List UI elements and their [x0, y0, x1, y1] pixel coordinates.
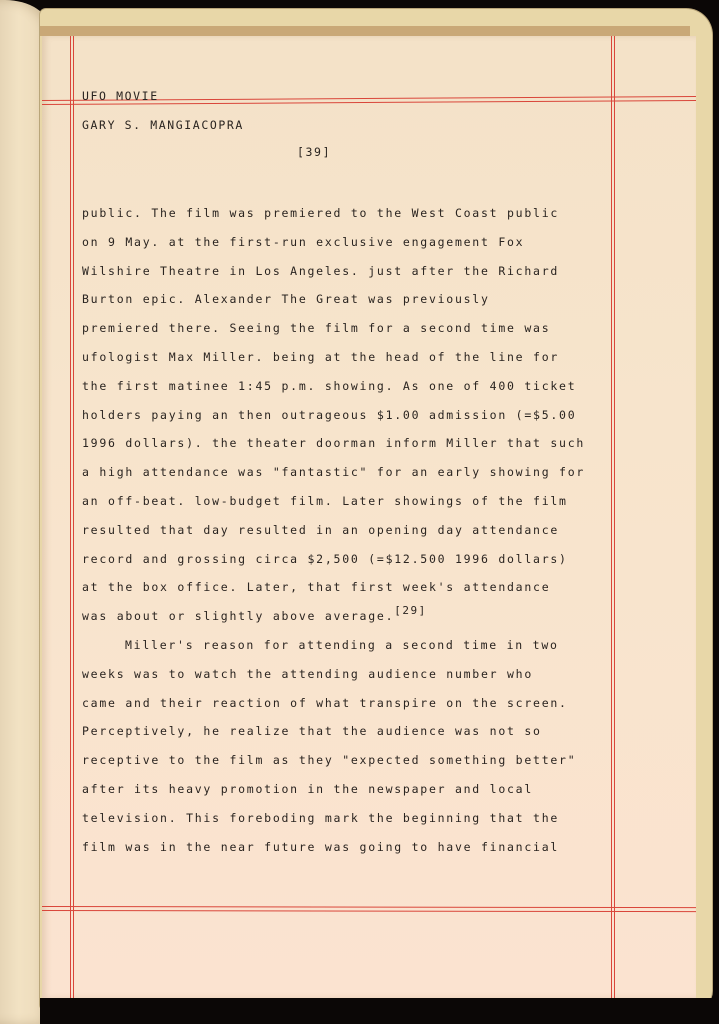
- body-line-with-footnote: was about or slightly above average.[29]: [82, 602, 602, 631]
- body-line: on 9 May. at the first-run exclusive eng…: [82, 228, 602, 257]
- body-line: record and grossing circa $2,500 (=$12.5…: [82, 545, 602, 574]
- body-line: Wilshire Theatre in Los Angeles. just af…: [82, 257, 602, 286]
- running-header-title: UFO MOVIE: [82, 89, 159, 103]
- body-line: television. This foreboding mark the beg…: [82, 804, 602, 833]
- running-header-author: GARY S. MANGIACOPRA: [82, 118, 244, 132]
- body-line: resulted that day resulted in an opening…: [82, 516, 602, 545]
- body-line: a high attendance was "fantastic" for an…: [82, 458, 602, 487]
- body-line: after its heavy promotion in the newspap…: [82, 775, 602, 804]
- body-line-text: was about or slightly above average.: [82, 609, 394, 623]
- body-text: public. The film was premiered to the We…: [82, 199, 602, 861]
- background-shadow: [40, 998, 719, 1024]
- body-line: holders paying an then outrageous $1.00 …: [82, 401, 602, 430]
- page-number: [39]: [297, 145, 331, 159]
- body-line: receptive to the film as they "expected …: [82, 746, 602, 775]
- bottom-margin-rule: [42, 906, 696, 912]
- body-line: Perceptively, he realize that the audien…: [82, 717, 602, 746]
- right-margin-rule: [611, 36, 615, 998]
- document-page: UFO MOVIE GARY S. MANGIACOPRA [39] publi…: [42, 36, 696, 998]
- paragraph-first-line: Miller's reason for attending a second t…: [82, 631, 602, 660]
- body-line: an off-beat. low-budget film. Later show…: [82, 487, 602, 516]
- page-top-edge: [40, 26, 690, 36]
- body-line: film was in the near future was going to…: [82, 833, 602, 862]
- footnote-reference: [29]: [394, 604, 427, 617]
- left-page-show-through-text: [0, 58, 34, 91]
- body-line: the first matinee 1:45 p.m. showing. As …: [82, 372, 602, 401]
- photo-scene: UFO MOVIE GARY S. MANGIACOPRA [39] publi…: [0, 0, 719, 1024]
- body-line: weeks was to watch the attending audienc…: [82, 660, 602, 689]
- body-line: came and their reaction of what transpir…: [82, 689, 602, 718]
- body-line: public. The film was premiered to the We…: [82, 199, 602, 228]
- body-line: at the box office. Later, that first wee…: [82, 573, 602, 602]
- body-line: ufologist Max Miller. being at the head …: [82, 343, 602, 372]
- body-line: 1996 dollars). the theater doorman infor…: [82, 429, 602, 458]
- body-line: Burton epic. Alexander The Great was pre…: [82, 285, 602, 314]
- body-line: premiered there. Seeing the film for a s…: [82, 314, 602, 343]
- left-margin-rule: [70, 36, 74, 998]
